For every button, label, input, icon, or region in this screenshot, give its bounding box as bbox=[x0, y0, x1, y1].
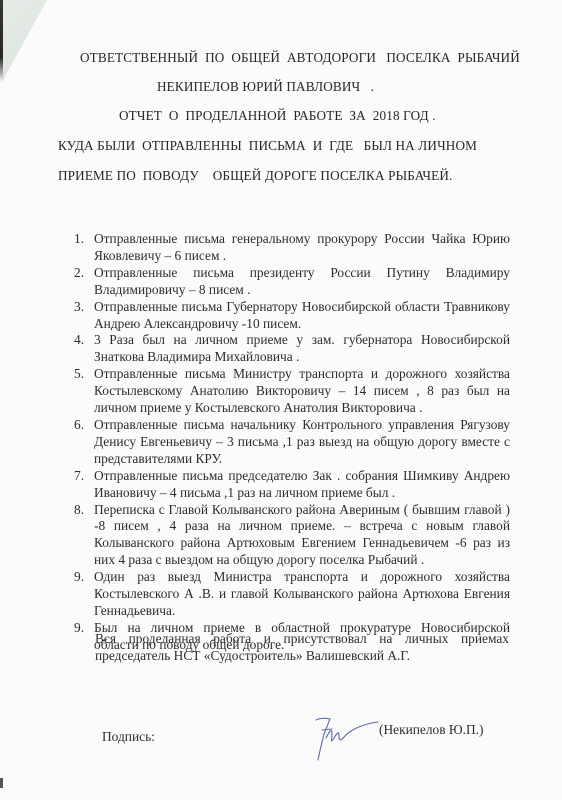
list-item-text: Отправленные письма Губернатору Новосиби… bbox=[94, 299, 510, 333]
handwritten-signature bbox=[310, 714, 382, 762]
scan-edge-mark bbox=[0, 778, 3, 788]
list-item: 5. Отправленные письма Министру транспор… bbox=[74, 366, 510, 417]
scanned-document-page: ОТВЕТСТВЕННЫЙ ПО ОБЩЕЙ АВТОДОРОГИ ПОСЕЛК… bbox=[0, 0, 562, 800]
heading-responsible: ОТВЕТСТВЕННЫЙ ПО ОБЩЕЙ АВТОДОРОГИ ПОСЕЛК… bbox=[80, 50, 520, 66]
list-item: 1. Отправленные письма генеральному прок… bbox=[74, 231, 510, 265]
list-item-text: Отправленные письма председателю Зак . с… bbox=[94, 468, 510, 502]
list-item-number: 4. bbox=[74, 332, 84, 349]
report-list: 1. Отправленные письма генеральному прок… bbox=[74, 231, 510, 654]
list-item-number: 6. bbox=[74, 417, 84, 434]
signer-name: (Некипелов Ю.П.) bbox=[379, 722, 484, 738]
list-item: 8. Переписка с Главой Колыванского район… bbox=[74, 502, 510, 570]
heading-subtitle-line2: ПРИЕМЕ ПО ПОВОДУ ОБЩЕЙ ДОРОГЕ ПОСЕЛКА РЫ… bbox=[58, 168, 452, 184]
list-item-text: Переписка с Главой Колыванского района А… bbox=[94, 502, 510, 570]
list-item: 3. Отправленные письма Губернатору Новос… bbox=[74, 299, 510, 333]
signature-label: Подпись: bbox=[102, 729, 155, 745]
list-item-text: 3 Раза был на личном приеме у зам. губер… bbox=[94, 332, 510, 366]
list-item: 6. Отправленные письма начальнику Контро… bbox=[74, 417, 510, 468]
list-item-number: 9. bbox=[74, 569, 84, 586]
list-item-number: 9. bbox=[74, 620, 84, 637]
list-item: 2. Отправленные письма президенту России… bbox=[74, 265, 510, 299]
closing-paragraph: Вся проделанная работа и присутствовал н… bbox=[95, 630, 509, 664]
list-item: 4. 3 Раза был на личном приеме у зам. гу… bbox=[74, 332, 510, 366]
list-item-text: Отправленные письма генеральному прокуро… bbox=[94, 231, 510, 265]
list-item: 9. Один раз выезд Министра транспорта и … bbox=[74, 569, 510, 620]
list-item-number: 2. bbox=[74, 265, 84, 282]
list-item-number: 5. bbox=[74, 366, 84, 383]
list-item-text: Отправленные письма Министру транспорта … bbox=[94, 366, 510, 417]
folded-corner bbox=[3, 0, 47, 80]
heading-subtitle-line1: КУДА БЫЛИ ОТПРАВЛЕННЫ ПИСЬМА И ГДЕ БЫЛ Н… bbox=[58, 138, 477, 154]
list-item-text: Один раз выезд Министра транспорта и дор… bbox=[94, 569, 510, 620]
list-item-number: 1. bbox=[74, 231, 84, 248]
list-item-number: 3. bbox=[74, 299, 84, 316]
list-item-number: 8. bbox=[74, 502, 84, 519]
list-item-text: Отправленные письма президенту России Пу… bbox=[94, 265, 510, 299]
list-item: 7. Отправленные письма председателю Зак … bbox=[74, 468, 510, 502]
heading-name: НЕКИПЕЛОВ ЮРИЙ ПАВЛОВИЧ . bbox=[157, 79, 374, 95]
list-item-number: 7. bbox=[74, 468, 84, 485]
list-item-text: Отправленные письма начальнику Контрольн… bbox=[94, 417, 510, 468]
heading-report-title: ОТЧЕТ О ПРОДЕЛАННОЙ РАБОТЕ ЗА 2018 ГОД . bbox=[119, 108, 436, 124]
